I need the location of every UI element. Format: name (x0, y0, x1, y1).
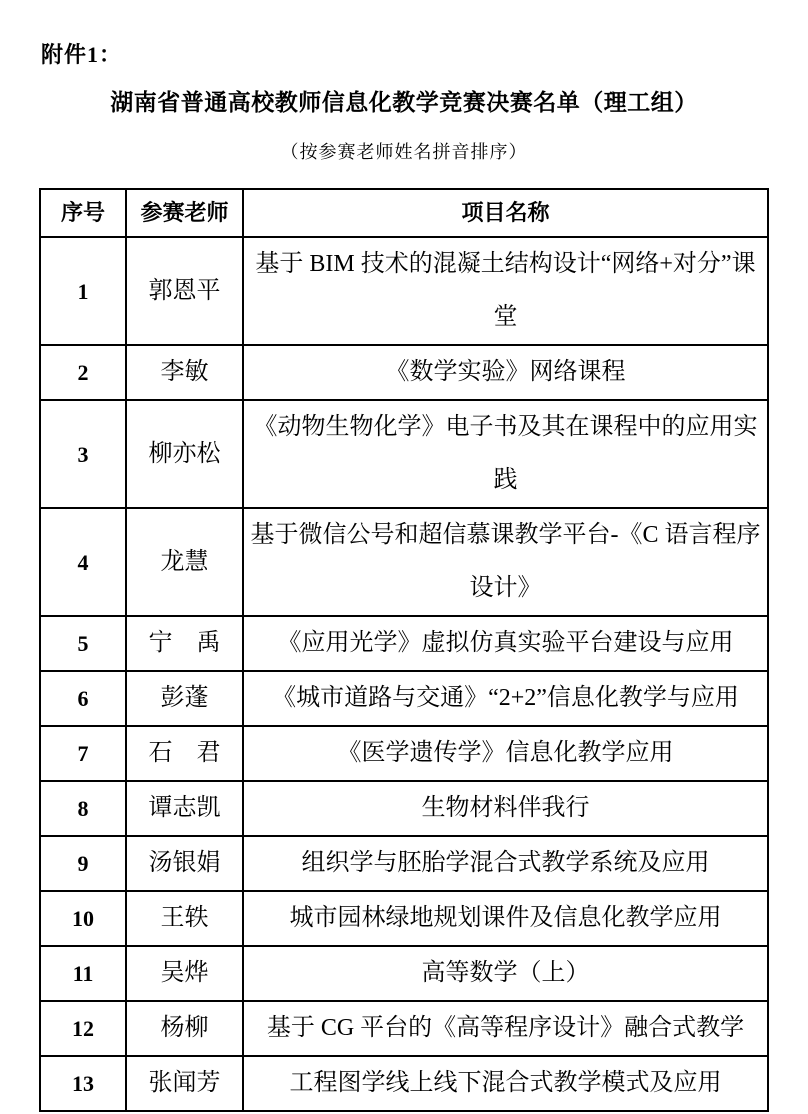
table-row: 4龙慧基于微信公号和超信慕课教学平台-《C 语言程序 设计》 (40, 508, 768, 616)
cell-project: 《医学遗传学》信息化教学应用 (243, 726, 768, 781)
cell-project: 《应用光学》虚拟仿真实验平台建设与应用 (243, 616, 768, 671)
cell-project: 《城市道路与交通》“2+2”信息化教学与应用 (243, 671, 768, 726)
table-row: 9汤银娟组织学与胚胎学混合式教学系统及应用 (40, 836, 768, 891)
header-project: 项目名称 (243, 189, 768, 237)
cell-teacher: 彭蓬 (126, 671, 243, 726)
header-no: 序号 (40, 189, 126, 237)
table-body: 1郭恩平基于 BIM 技术的混凝土结构设计“网络+对分”课 堂2李敏《数学实验》… (40, 237, 768, 1111)
cell-project: 《数学实验》网络课程 (243, 345, 768, 400)
cell-project: 城市园林绿地规划课件及信息化教学应用 (243, 891, 768, 946)
cell-project: 生物材料伴我行 (243, 781, 768, 836)
document-page: 附件1： 湖南省普通高校教师信息化教学竞赛决赛名单（理工组） （按参赛老师姓名拼… (0, 0, 808, 1114)
cell-teacher: 王轶 (126, 891, 243, 946)
cell-project: 工程图学线上线下混合式教学模式及应用 (243, 1056, 768, 1111)
table-row: 11吴烨高等数学（上） (40, 946, 768, 1001)
cell-project: 基于微信公号和超信慕课教学平台-《C 语言程序 设计》 (243, 508, 768, 616)
cell-project: 基于 CG 平台的《高等程序设计》融合式教学 (243, 1001, 768, 1056)
table-row: 3柳亦松《动物生物化学》电子书及其在课程中的应用实 践 (40, 400, 768, 508)
page-subtitle: （按参赛老师姓名拼音排序） (0, 138, 808, 164)
cell-teacher: 张闻芳 (126, 1056, 243, 1111)
cell-no: 6 (40, 671, 126, 726)
cell-no: 11 (40, 946, 126, 1001)
cell-no: 7 (40, 726, 126, 781)
cell-project: 《动物生物化学》电子书及其在课程中的应用实 践 (243, 400, 768, 508)
table-row: 10王轶城市园林绿地规划课件及信息化教学应用 (40, 891, 768, 946)
cell-teacher: 吴烨 (126, 946, 243, 1001)
page-title: 湖南省普通高校教师信息化教学竞赛决赛名单（理工组） (0, 84, 808, 117)
cell-no: 9 (40, 836, 126, 891)
cell-teacher: 汤银娟 (126, 836, 243, 891)
finalist-table: 序号 参赛老师 项目名称 1郭恩平基于 BIM 技术的混凝土结构设计“网络+对分… (39, 188, 769, 1112)
cell-no: 5 (40, 616, 126, 671)
cell-teacher: 谭志凯 (126, 781, 243, 836)
table-row: 13张闻芳工程图学线上线下混合式教学模式及应用 (40, 1056, 768, 1111)
table-row: 7石 君《医学遗传学》信息化教学应用 (40, 726, 768, 781)
cell-teacher: 宁 禹 (126, 616, 243, 671)
cell-no: 3 (40, 400, 126, 508)
cell-project: 组织学与胚胎学混合式教学系统及应用 (243, 836, 768, 891)
cell-no: 1 (40, 237, 126, 345)
cell-no: 2 (40, 345, 126, 400)
cell-teacher: 石 君 (126, 726, 243, 781)
cell-no: 8 (40, 781, 126, 836)
cell-teacher: 柳亦松 (126, 400, 243, 508)
header-row: 序号 参赛老师 项目名称 (40, 189, 768, 237)
table-row: 12杨柳基于 CG 平台的《高等程序设计》融合式教学 (40, 1001, 768, 1056)
cell-teacher: 杨柳 (126, 1001, 243, 1056)
cell-teacher: 郭恩平 (126, 237, 243, 345)
cell-no: 12 (40, 1001, 126, 1056)
table-row: 8谭志凯生物材料伴我行 (40, 781, 768, 836)
cell-project: 基于 BIM 技术的混凝土结构设计“网络+对分”课 堂 (243, 237, 768, 345)
table-row: 6彭蓬《城市道路与交通》“2+2”信息化教学与应用 (40, 671, 768, 726)
cell-no: 4 (40, 508, 126, 616)
cell-no: 10 (40, 891, 126, 946)
cell-no: 13 (40, 1056, 126, 1111)
table-row: 5宁 禹《应用光学》虚拟仿真实验平台建设与应用 (40, 616, 768, 671)
table-row: 1郭恩平基于 BIM 技术的混凝土结构设计“网络+对分”课 堂 (40, 237, 768, 345)
attachment-label: 附件1： (41, 38, 122, 69)
header-teacher: 参赛老师 (126, 189, 243, 237)
cell-project: 高等数学（上） (243, 946, 768, 1001)
cell-teacher: 龙慧 (126, 508, 243, 616)
cell-teacher: 李敏 (126, 345, 243, 400)
table-header: 序号 参赛老师 项目名称 (40, 189, 768, 237)
table-row: 2李敏《数学实验》网络课程 (40, 345, 768, 400)
